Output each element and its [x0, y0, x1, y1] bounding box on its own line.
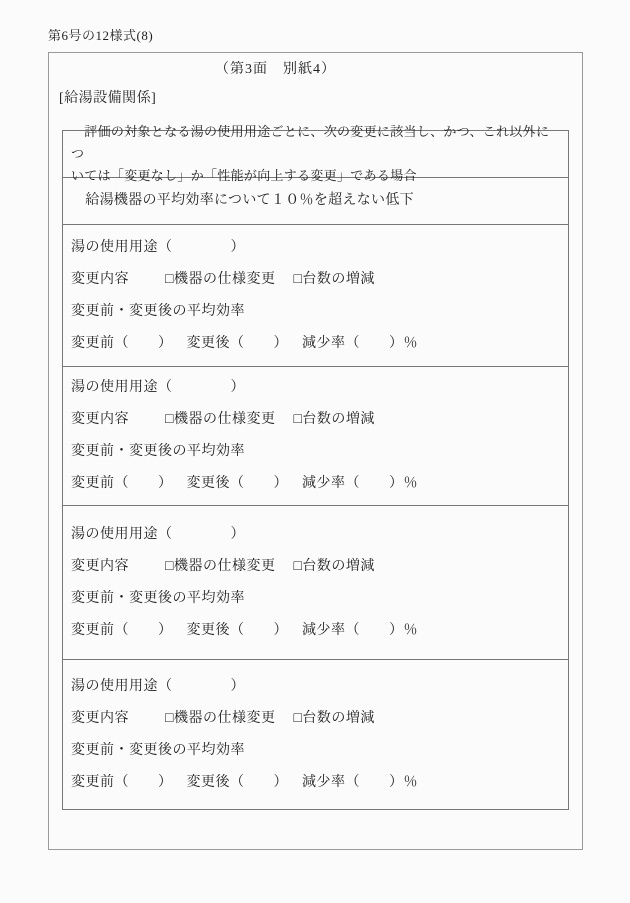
usage-label: 湯の使用用途: [71, 527, 158, 542]
reduction-rate-field[interactable]: （ ）: [346, 476, 404, 491]
change-content-line: 変更内容□機器の仕様変更□台数の増減: [71, 404, 562, 436]
checkbox-unit-count-change[interactable]: □台数の増減: [293, 412, 374, 427]
before-value-field[interactable]: （ ）: [115, 476, 173, 491]
values-line: 変更前（ ）変更後（ ）減少率（ ）％: [71, 615, 562, 647]
change-content-label: 変更内容: [71, 272, 129, 287]
usage-blank-field[interactable]: （ ）: [158, 240, 245, 255]
checkbox-equipment-spec-change[interactable]: □機器の仕様変更: [165, 711, 275, 726]
after-value-field[interactable]: （ ）: [230, 476, 288, 491]
change-content-label: 変更内容: [71, 412, 129, 427]
checkbox-icon: □: [165, 711, 174, 726]
conditions-table: 評価の対象となる湯の使用用途ごとに、次の変更に該当し、かつ、これ以外につ いては…: [62, 130, 569, 810]
before-label: 変更前: [71, 775, 115, 790]
change-content-label: 変更内容: [71, 559, 129, 574]
form-outer-frame: （第3面 別紙4） [給湯設備関係] 評価の対象となる湯の使用用途ごとに、次の変…: [48, 52, 583, 850]
change-content-line: 変更内容□機器の仕様変更□台数の増減: [71, 703, 562, 735]
usage-line: 湯の使用用途（ ）: [71, 519, 562, 551]
document-page: { "page": { "form_number": "第6号の12様式(8)"…: [0, 0, 630, 903]
reduction-rate-label: 減少率: [302, 775, 346, 790]
percent-sign: ％: [404, 476, 419, 491]
after-value-field[interactable]: （ ）: [230, 336, 288, 351]
checkbox-equipment-spec-change[interactable]: □機器の仕様変更: [165, 272, 275, 287]
before-value-field[interactable]: （ ）: [115, 775, 173, 790]
change-entry-block-3: 湯の使用用途（ ） 変更内容□機器の仕様変更□台数の増減 変更前・変更後の平均効…: [63, 506, 568, 660]
change-content-label: 変更内容: [71, 711, 129, 726]
after-value-field[interactable]: （ ）: [230, 623, 288, 638]
percent-sign: ％: [404, 336, 419, 351]
checkbox-label: 台数の増減: [302, 272, 375, 287]
efficiency-heading-line: 変更前・変更後の平均効率: [71, 436, 562, 468]
efficiency-heading-line: 変更前・変更後の平均効率: [71, 296, 562, 328]
reduction-rate-field[interactable]: （ ）: [346, 623, 404, 638]
reduction-rate-field[interactable]: （ ）: [346, 336, 404, 351]
checkbox-icon: □: [165, 272, 174, 287]
checkbox-label: 台数の増減: [302, 559, 375, 574]
checkbox-label: 機器の仕様変更: [174, 711, 276, 726]
checkbox-icon: □: [165, 559, 174, 574]
checkbox-unit-count-change[interactable]: □台数の増減: [293, 559, 374, 574]
after-label: 変更後: [187, 476, 231, 491]
change-entry-block-4: 湯の使用用途（ ） 変更内容□機器の仕様変更□台数の増減 変更前・変更後の平均効…: [63, 660, 568, 809]
usage-line: 湯の使用用途（ ）: [71, 232, 562, 264]
usage-blank-field[interactable]: （ ）: [158, 380, 245, 395]
reduction-rate-label: 減少率: [302, 336, 346, 351]
reduction-rate-label: 減少率: [302, 476, 346, 491]
checkbox-label: 機器の仕様変更: [174, 412, 276, 427]
usage-label: 湯の使用用途: [71, 679, 158, 694]
change-content-line: 変更内容□機器の仕様変更□台数の増減: [71, 551, 562, 583]
usage-label: 湯の使用用途: [71, 240, 158, 255]
sheet-title: （第3面 別紙4）: [215, 58, 336, 78]
change-content-line: 変更内容□機器の仕様変更□台数の増減: [71, 264, 562, 296]
checkbox-equipment-spec-change[interactable]: □機器の仕様変更: [165, 559, 275, 574]
usage-line: 湯の使用用途（ ）: [71, 372, 562, 404]
usage-line: 湯の使用用途（ ）: [71, 671, 562, 703]
change-entry-block-1: 湯の使用用途（ ） 変更内容□機器の仕様変更□台数の増減 変更前・変更後の平均効…: [63, 225, 568, 367]
form-number-label: 第6号の12様式(8): [48, 25, 153, 44]
checkbox-icon: □: [165, 412, 174, 427]
after-value-field[interactable]: （ ）: [230, 775, 288, 790]
checkbox-unit-count-change[interactable]: □台数の増減: [293, 272, 374, 287]
reduction-rate-field[interactable]: （ ）: [346, 775, 404, 790]
checkbox-unit-count-change[interactable]: □台数の増減: [293, 711, 374, 726]
usage-label: 湯の使用用途: [71, 380, 158, 395]
values-line: 変更前（ ）変更後（ ）減少率（ ）％: [71, 767, 562, 799]
reduction-rate-label: 減少率: [302, 623, 346, 638]
before-value-field[interactable]: （ ）: [115, 336, 173, 351]
section-label-hot-water: [給湯設備関係]: [59, 87, 156, 107]
checkbox-label: 台数の増減: [302, 711, 375, 726]
checkbox-label: 機器の仕様変更: [174, 559, 276, 574]
checkbox-equipment-spec-change[interactable]: □機器の仕様変更: [165, 412, 275, 427]
after-label: 変更後: [187, 775, 231, 790]
efficiency-heading-line: 変更前・変更後の平均効率: [71, 735, 562, 767]
before-label: 変更前: [71, 623, 115, 638]
after-label: 変更後: [187, 336, 231, 351]
before-label: 変更前: [71, 476, 115, 491]
efficiency-heading-line: 変更前・変更後の平均効率: [71, 583, 562, 615]
usage-blank-field[interactable]: （ ）: [158, 679, 245, 694]
before-value-field[interactable]: （ ）: [115, 623, 173, 638]
usage-blank-field[interactable]: （ ）: [158, 527, 245, 542]
checkbox-label: 台数の増減: [302, 412, 375, 427]
percent-sign: ％: [404, 623, 419, 638]
values-line: 変更前（ ）変更後（ ）減少率（ ）％: [71, 468, 562, 500]
checkbox-label: 機器の仕様変更: [174, 272, 276, 287]
condition-header-row: 評価の対象となる湯の使用用途ごとに、次の変更に該当し、かつ、これ以外につ いては…: [63, 131, 568, 178]
after-label: 変更後: [187, 623, 231, 638]
change-entry-block-2: 湯の使用用途（ ） 変更内容□機器の仕様変更□台数の増減 変更前・変更後の平均効…: [63, 367, 568, 506]
before-label: 変更前: [71, 336, 115, 351]
values-line: 変更前（ ）変更後（ ）減少率（ ）％: [71, 328, 562, 360]
percent-sign: ％: [404, 775, 419, 790]
